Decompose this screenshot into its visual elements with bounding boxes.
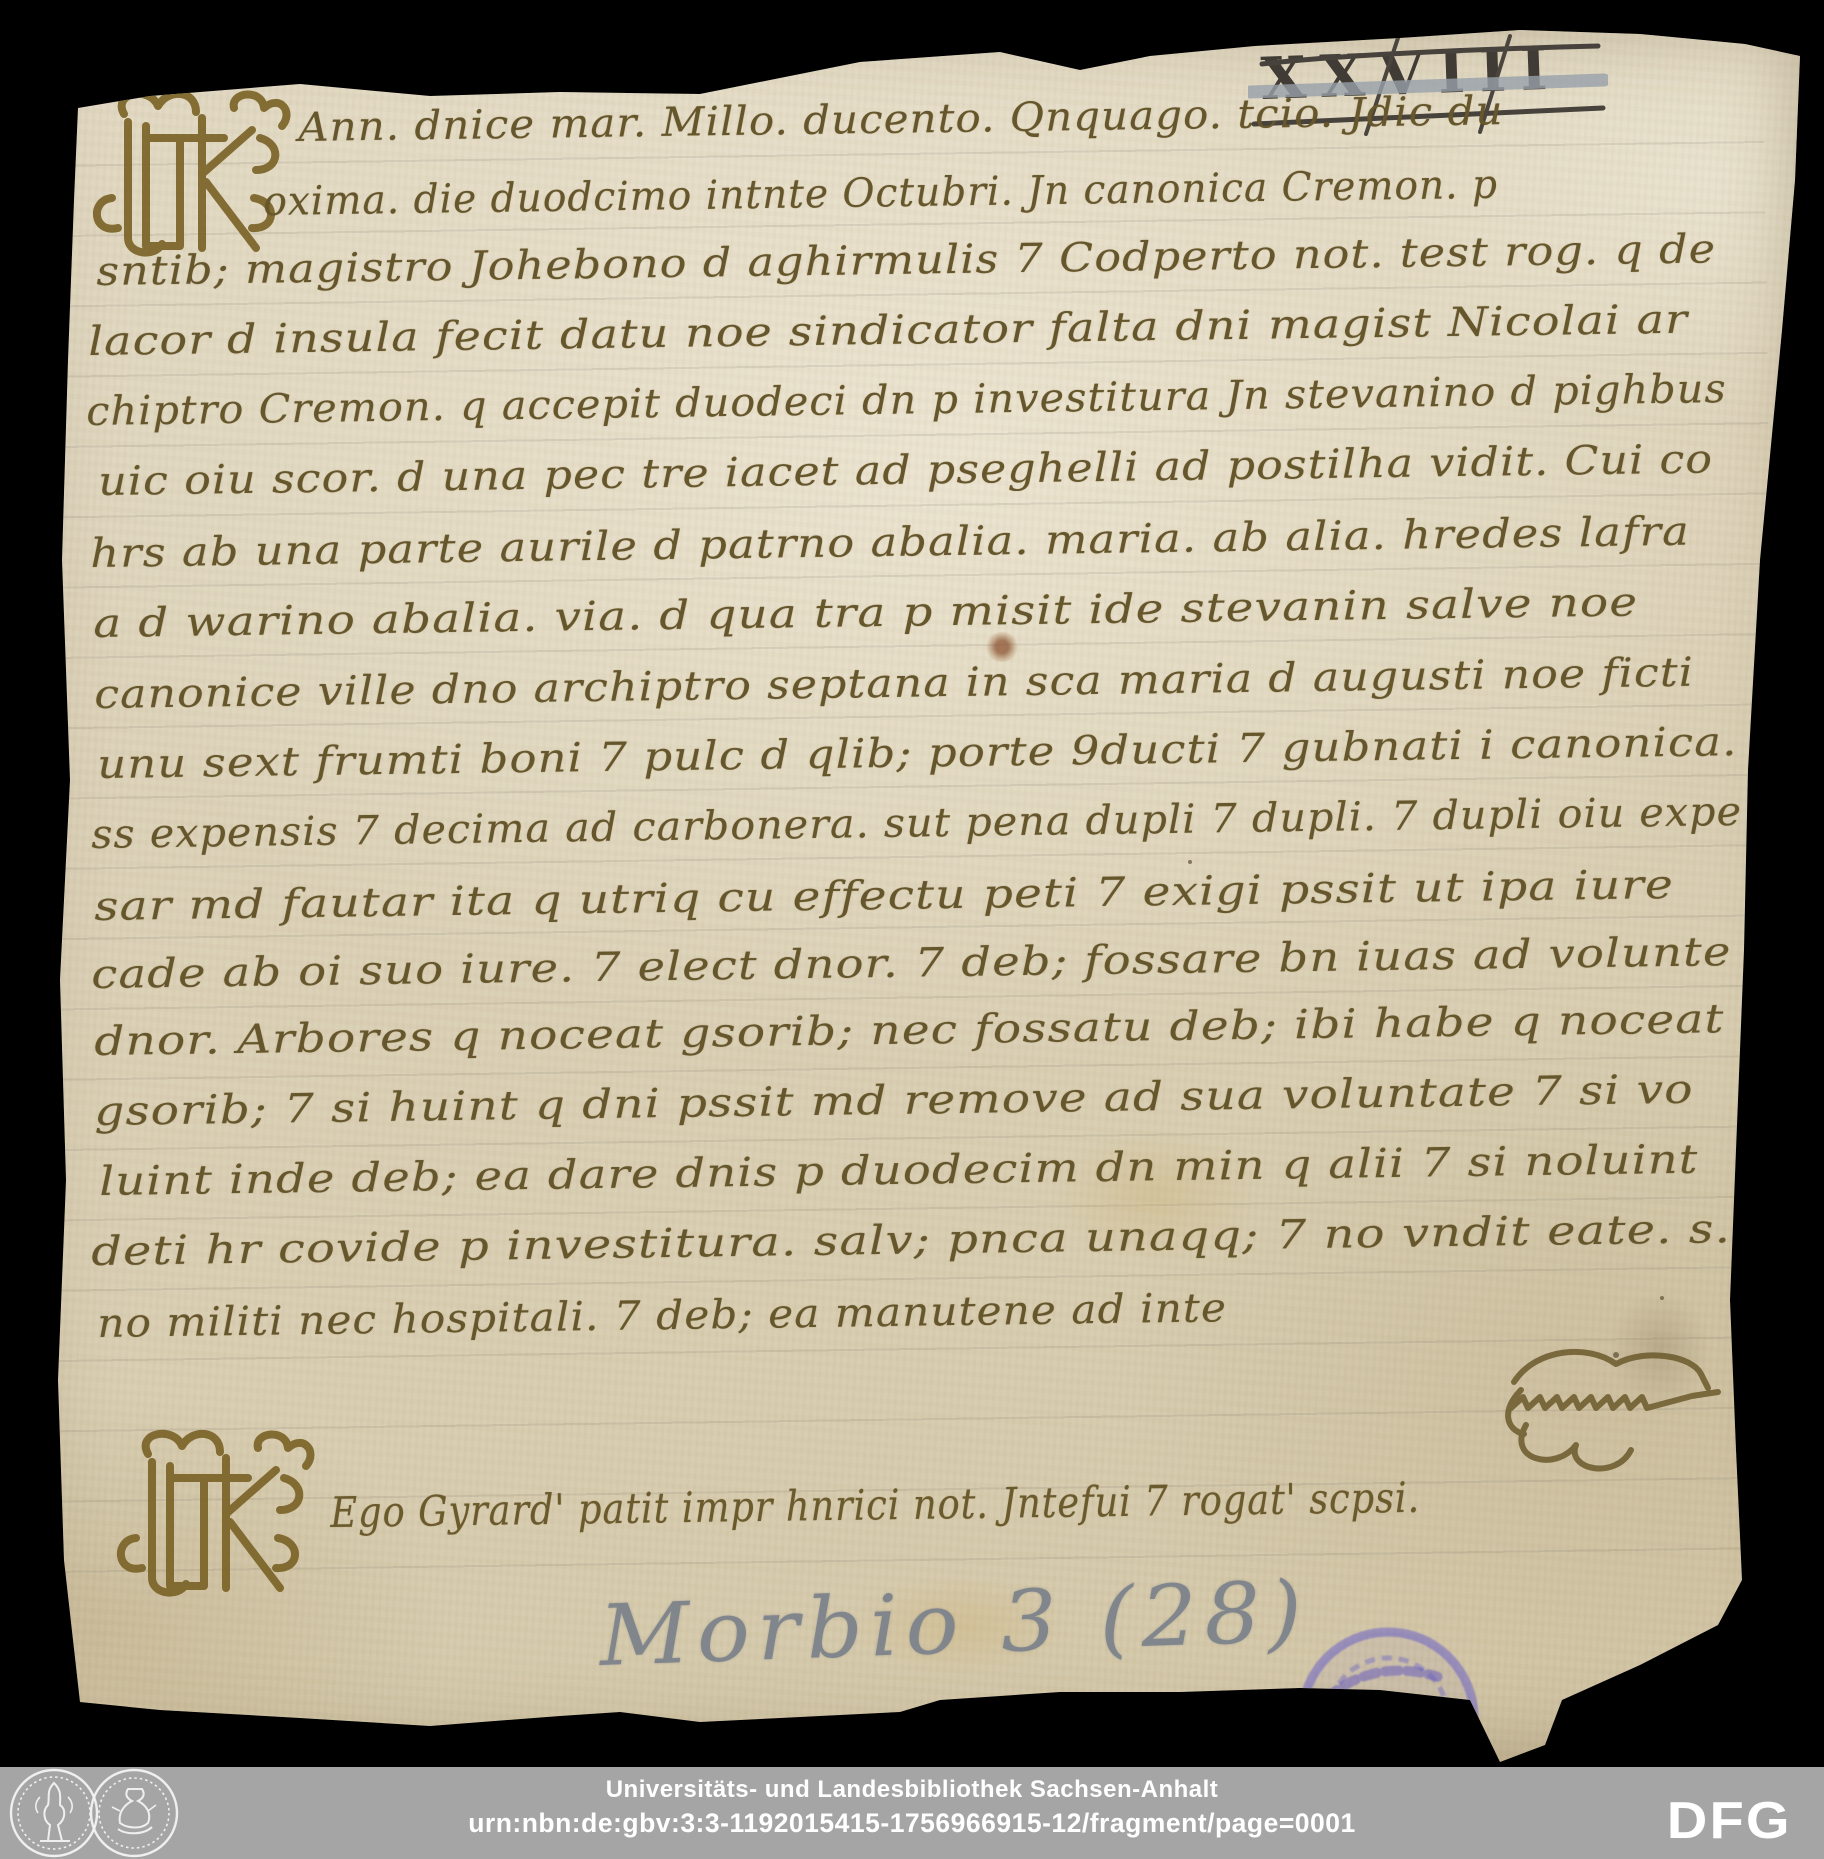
speck <box>1188 860 1192 864</box>
notary-monogram-icon <box>84 78 304 268</box>
ink-stain <box>985 632 1019 662</box>
viewer-footer-bar: Universitäts- und Landesbibliothek Sachs… <box>0 1767 1824 1859</box>
marginal-sign-icon <box>1496 1330 1726 1480</box>
urn-identifier: urn:nbn:de:gbv:3:3-1192015415-1756966915… <box>0 1808 1824 1839</box>
library-stamp-icon <box>1283 1608 1495 1778</box>
parchment: XXVIII <box>0 0 1824 1772</box>
scan-page: XXVIII <box>0 0 1824 1859</box>
library-name: Universitäts- und Landesbibliothek Sachs… <box>0 1776 1824 1804</box>
footer-text-block: Universitäts- und Landesbibliothek Sachs… <box>0 1767 1824 1839</box>
speck <box>1660 1296 1664 1300</box>
pencil-shelfmark: Morbio 3 (28) <box>598 1569 1311 1678</box>
notary-monogram-icon <box>108 1418 328 1608</box>
dfg-logo: DFG <box>1667 1791 1792 1851</box>
